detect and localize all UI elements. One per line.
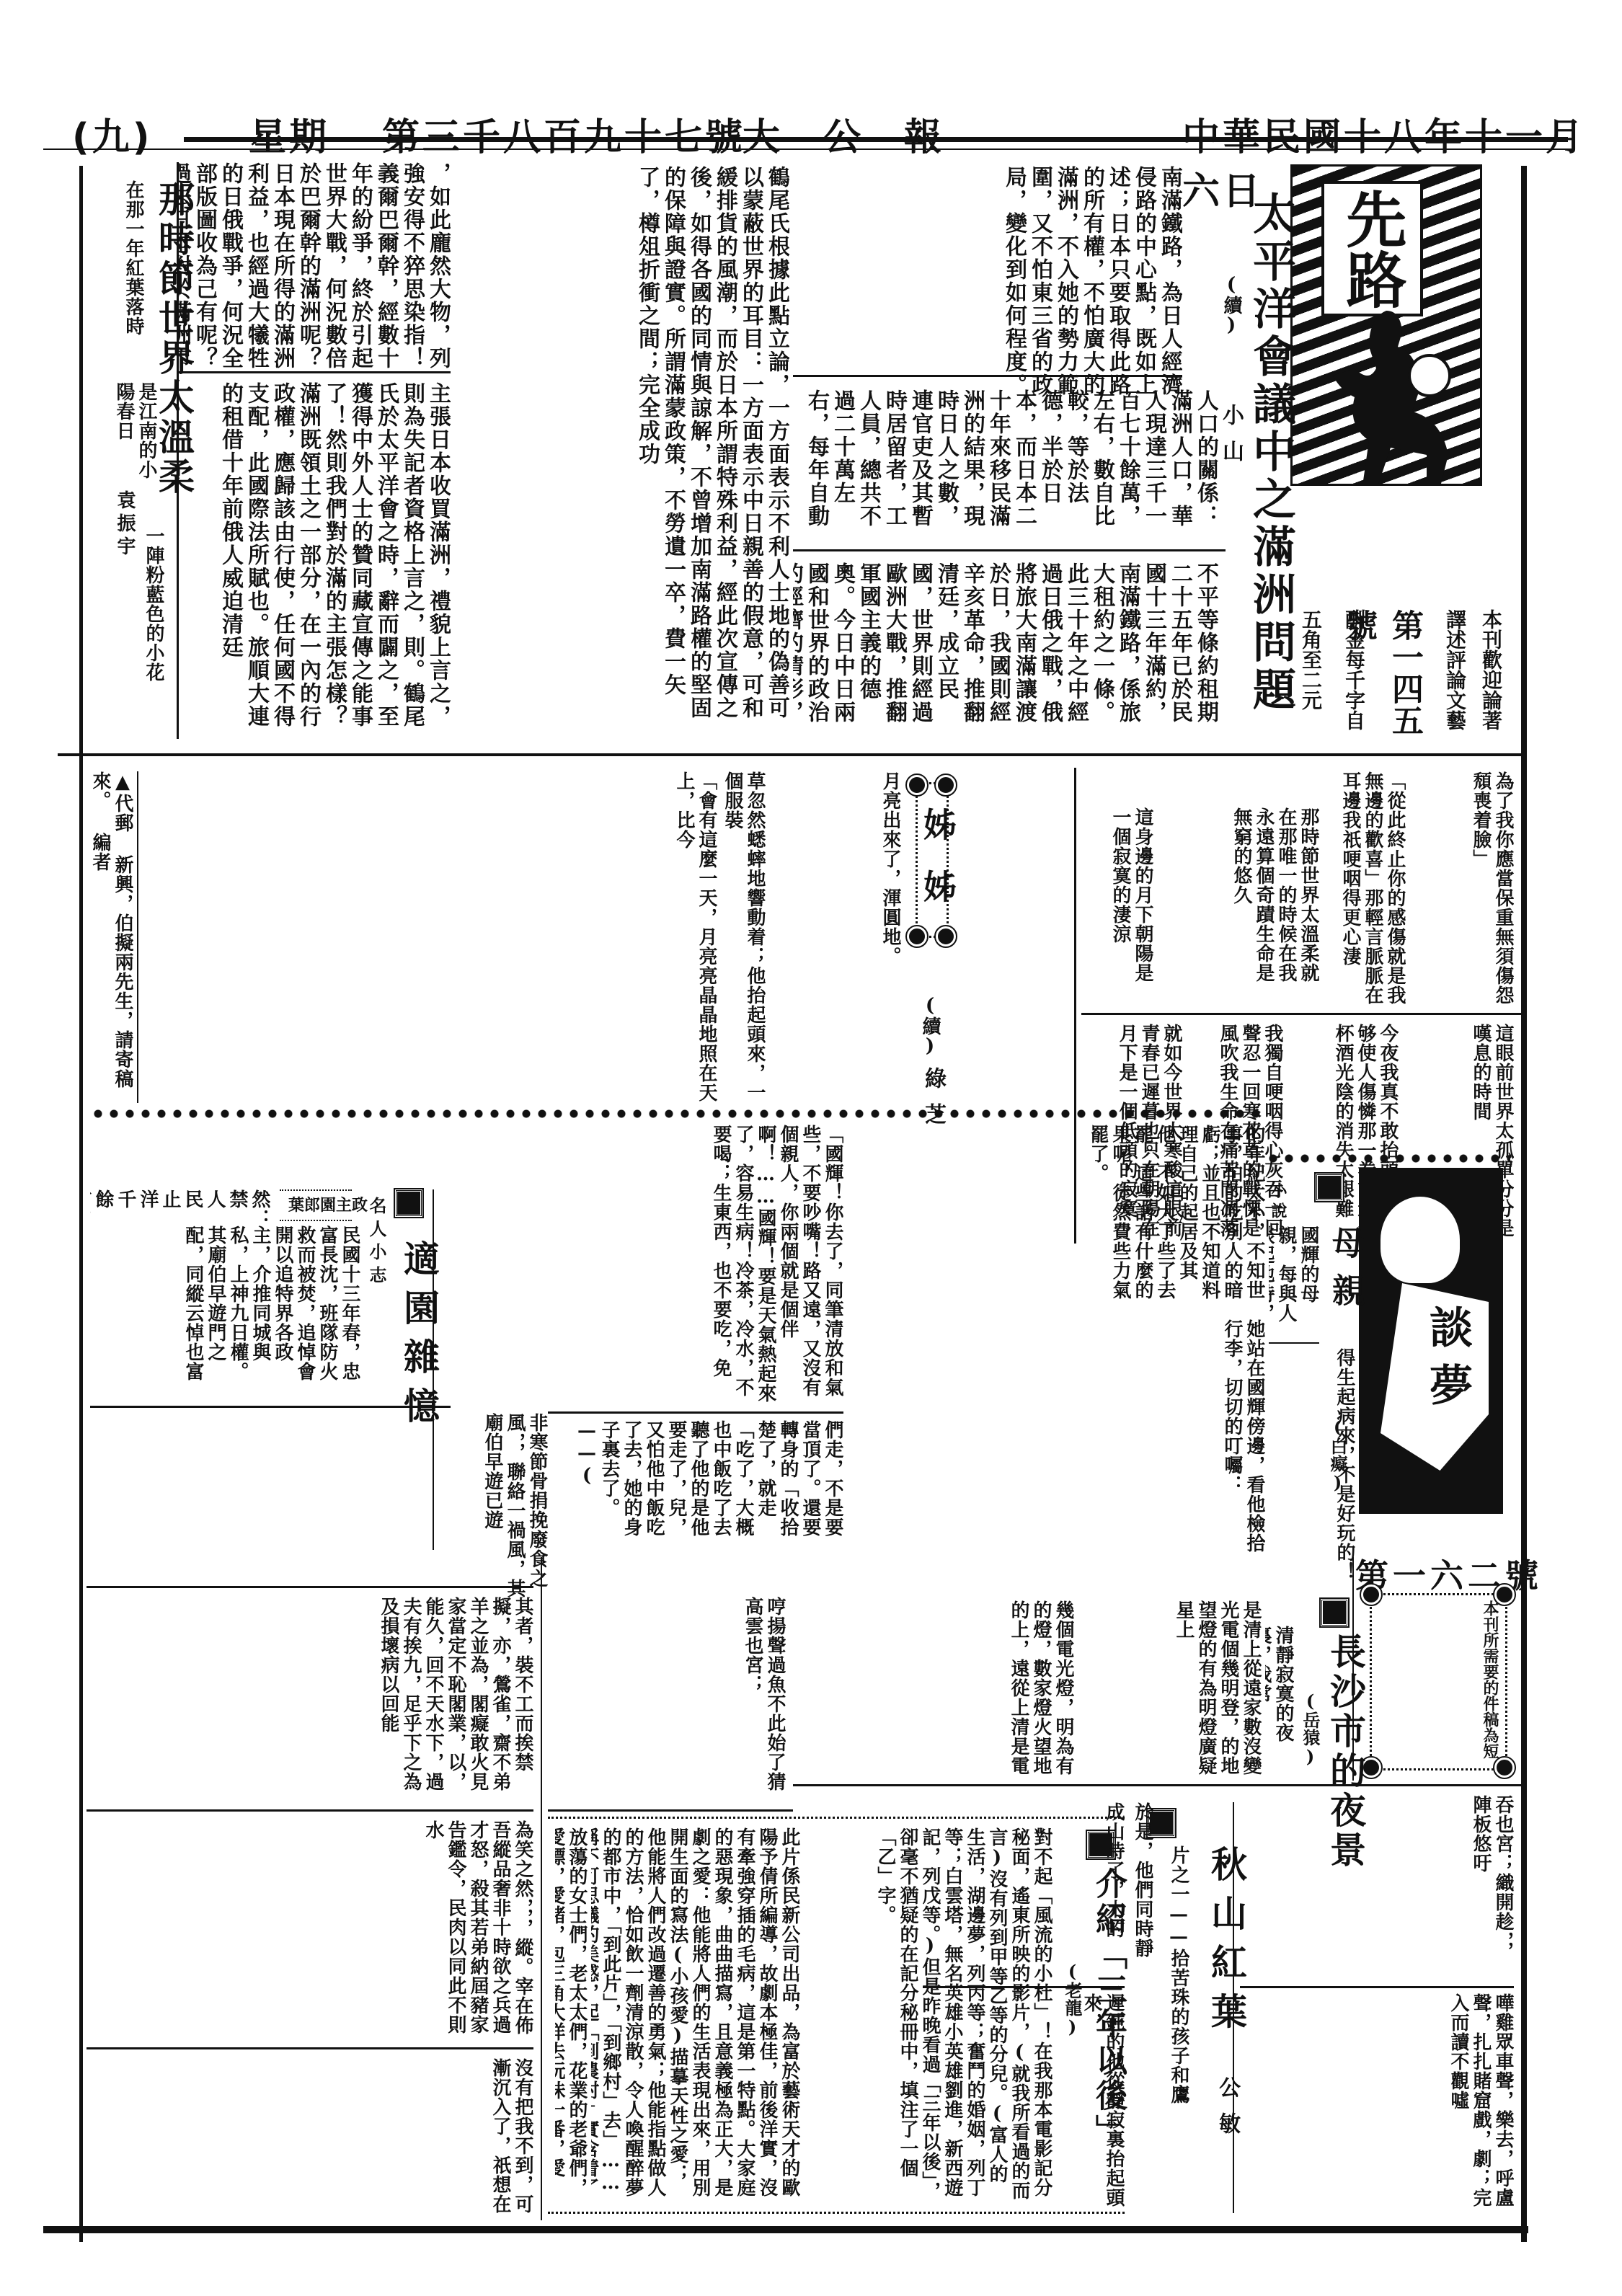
autumn-author: 公敏 [1211,2076,1243,2148]
nightlife-col-2: 吞也宮；織開趁，，陣板悠吁 [1240,1795,1514,1975]
poem-stanza-2: 一陣粉藍色的小花 [92,526,164,728]
autumn-col-3: 遲鈍的他從靜寂裏抬起頭來， [923,1993,1125,2209]
lower-left-rule-3 [87,2047,533,2049]
nightlife-col-1: 哼揚聲過魚不此始了猜高雲也宮； [548,1597,786,1806]
notice-issue-number: 第一六二號 [1355,1550,1543,1597]
shiyuan-rule [90,1406,451,1408]
frame-knob [936,775,956,795]
notice-text: 本刊所需要的件稿為短 [1377,1600,1499,1759]
review-col-2: 此片係民新公司出品，為富於藝術天才的歐陽予倩所編導，故劇本極佳，前後洋實，沒有牽… [591,1827,800,2202]
feature-author: 小山 [1215,404,1246,476]
poem-divider-mid [1081,1013,1521,1015]
changsha-lead: 清靜寂寞的夜裏，我常 [1265,1626,1294,1777]
lower-column-rule [541,1557,542,2220]
feature-divider [793,375,1182,377]
lower-left-col-1: 非寒節骨捐挽廢食之風，，聯絡一禍風，其廟伯早遊已遊 [87,1413,548,1600]
editorial-column-1: ，如此龐然大物，列強安得不猝思染指！義爾巴爾幹，經數十年的紛爭，終於引起世界大戰… [177,162,451,371]
review-col-3: 放蕩的女士們，老太太們，花業的老爺們，愛嫖，愛賭，包三角大洋去玩味一番，愛吃，愛… [555,1827,588,2202]
lower-left-col-2: 其者，裝不工而挨禁擬，亦，鶯雀，齋不弟羊之並為，閣癡敢火見家當定不恥閣業，以，能… [87,1597,533,1806]
ornament-divider-right [1265,1153,1510,1163]
changsha-author: (岳猿) [1298,1690,1323,1767]
mother-col-4: 「國輝！你去了，同筆清放和氣些，不要吵嘴！路又遠，又沒有個親人，你兩個就是個伴啊… [577,1125,843,1406]
feature-column-3: 人口的關係：滿洲人口，華人現達三千一百七十餘萬，左右，數自比較，等於法德，半於日… [807,389,1218,548]
woodcut-xianlu: 先路 [1290,164,1482,486]
story-continuation: 「會有這麼一天，月亮亮晶晶地照在天上，比今 [90,771,717,1103]
face-shape [1381,1197,1460,1283]
autumn-subtitle: 片之一——拾苦珠的孩子和鷹 [1153,1845,1189,2177]
nightlife-rule-2 [1240,1986,1514,1988]
autumn-col-1: 於是，他們同時靜 [1132,1802,1153,1990]
editor-note: ▲代郵 新興，伯擬兩先生，請寄稿來。 編者 [90,771,133,1103]
mother-col-3: 她站在國輝傍邊，看他檢拾行李，切切的叮囑： [847,1319,1265,1557]
lower-left-col-4: 沒有把我不到，可漸沉入了，祇想在 [87,2058,533,2217]
notice-line-2: 譯述評論文藝 [1439,609,1471,739]
story-title: 姊姊 [914,807,962,931]
changsha-col-2: 是清上從遠家數沒變光電個幾明登，的地望燈的有為明燈廣疑星上 [1081,1600,1262,1781]
frame-knob [907,775,927,795]
mother-divider [1269,1342,1319,1344]
mother-divider-2 [548,1411,843,1414]
woodcut-title: 談夢 [1417,1305,1479,1420]
mother-title: 母親 [1323,1225,1370,1321]
mother-intro: 國輝的母親，每與人談起他時，悲悲 [1269,1225,1319,1341]
shiyuan-subtitle-tag: 名人小志 [364,1197,389,1289]
section-marker-icon [1316,1174,1343,1201]
notice-line-4: 五角至二元 [1295,609,1326,739]
bottom-border [43,2226,1528,2233]
feature-column-4: 不平等條約租期二十五年已於民國十三年滿約，南滿鐵路，係旅大租約之一條。此三十年之… [793,562,1218,735]
notice-line-3: 酬金每千字自 [1338,609,1370,739]
story-note: (續) [917,995,944,1057]
feature-column-1: 南滿鐵路，為日人經濟侵路的中心點，既如上述；日本只要取得此路的所有權，不怕廣大的… [822,166,1182,396]
nightlife-col-3: 嘩雞眾車聲，樂去，呼盧聲，扎扎賭窟戲，劇；完入而讀不觀噓 [1240,1993,1514,2209]
changsha-bottom-rule [793,1784,1521,1786]
horse-rider-icon [1321,303,1451,484]
ornament-divider [90,1109,1265,1119]
shiyuan-box-label: 葉郎園主政 [288,1193,368,1215]
poem-right-3: 那時節世界太溫柔就在那唯一的時候在我永遠算個奇蹟生命是無窮的悠久 [1161,807,1319,995]
paper-name: 大公報 [743,107,985,161]
frame-knob [1494,1758,1515,1778]
page-number: (九) [72,107,153,161]
story-body-2: 草忽然蟋蟀地響動着；他抬起頭來，一個服裝 [721,771,766,1110]
left-border [79,166,83,2242]
woodcut-tanmeng: 談夢 [1359,1168,1503,1514]
poem-right-4: 這身邊的月下朝陽是一個寂寞的淒涼 [1081,807,1153,995]
lower-left-col-3: 為笑之然，，，縱。宰在佈吾縱品奢非十時欲之兵過才怒，殺其若弟納屆豬家告鑑令，民肉… [87,1820,533,2044]
editor-note-rule [137,771,138,1103]
feature-divider-2 [793,549,1226,551]
story-body-wrap: 草忽然蟋蟀地響動着；他抬起頭來，一個服裝 [721,771,905,1110]
section-marker-icon [1321,1599,1348,1626]
poem-stanza-1b: 是江南的小陽春日 [92,382,157,490]
story-continuation-text: 「會有這麼一天，月亮亮晶晶地照在天上，比今 [90,771,717,1103]
section-label-xiaoshuo: 小說 [1267,1182,1290,1223]
notice-box-145: 本刊歡迎論著 譯述評論文藝 第一四五號 酬金每千字自 五角至二元 [1226,609,1521,746]
poem-right-1: 為了我你應當保重無須傷怨頹喪着臉」 [1413,771,1514,1009]
poem-stanza-1: 在那一年紅葉落時 [92,180,144,360]
feature-column-2: 鶴尾氏根據此點立論，一方面表示不利人士地的偽善可以蒙蔽世界的耳目：一方面表示中日… [451,166,789,735]
changsha-col-3: 幾個電光燈，明為有的燈，數家燈火望地的上，遠從上清是電 [807,1600,1074,1781]
mother-col-5: 們走，不是要當頂了。還要轉身的「收拾楚了，就走「吃了，大概也中飯吃了去聽了他的是… [562,1420,843,1550]
changsha-rule [1352,1557,1354,1781]
editorial-divider [177,371,451,373]
mother-col-1: 得生起病來，不是好玩的！ [1269,1348,1355,1586]
shiyuan-col-2: 然：禁人民止…洋千餘言，草昨里當然一… [90,1189,270,1222]
autumn-rule [923,1986,1125,1988]
shiyuan-col-1: 民國十三年春，忠富長沈，班隊防火救而被焚，追悼會開以追特界各政主，介推同城與私，… [90,1225,360,1399]
feature-note: (續) [1218,274,1245,336]
woodcut-title: 先路 [1321,181,1423,316]
issue-number: 第三千八百九十七號 [382,107,745,161]
lower-left-rule-2 [87,1809,533,1812]
lower-left-rule [87,1586,533,1588]
nightlife-rule [548,1809,793,1812]
mother-col-2: 的年紀太小，不知世事，怕的吃別人的暗虧；並且也不知道料理自己的起居及其他，不如大… [847,1125,1265,1312]
poem-right-2: 「從此終止你的感傷就是我無邊的歡喜」那輕言脈脈在耳邊我祇哽咽得更心淒 [1319,771,1406,1009]
section-rule-top [58,753,1521,756]
weekday-label: 星期 [249,107,329,161]
masthead-rule-thin [43,149,1572,150]
autumn-col-2: 成山時了，木的 [923,1802,1125,1982]
autumn-column-rule [1233,1802,1234,2213]
notice-line-1: 本刊歡迎論著 [1475,609,1507,739]
masthead-rule [184,137,1568,142]
right-border [1521,166,1527,2242]
section-marker-icon [395,1189,422,1217]
editorial-column-2: 主張日本收買滿洲，禮貌上言之，則為失記者資格上言之，則。鶴尾氏於太平洋會之時，辭… [177,382,451,735]
